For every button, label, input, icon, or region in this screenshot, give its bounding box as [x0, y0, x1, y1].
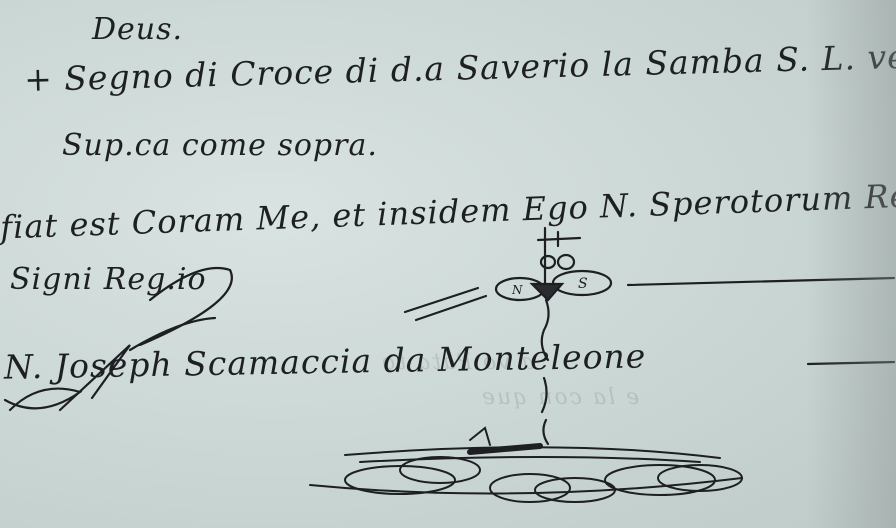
manuscript-page: a vo Pata to e la con que Deus. + Segno …	[0, 0, 896, 528]
page-edge-shadow	[806, 0, 896, 528]
signature-flourish-icon	[0, 0, 896, 528]
